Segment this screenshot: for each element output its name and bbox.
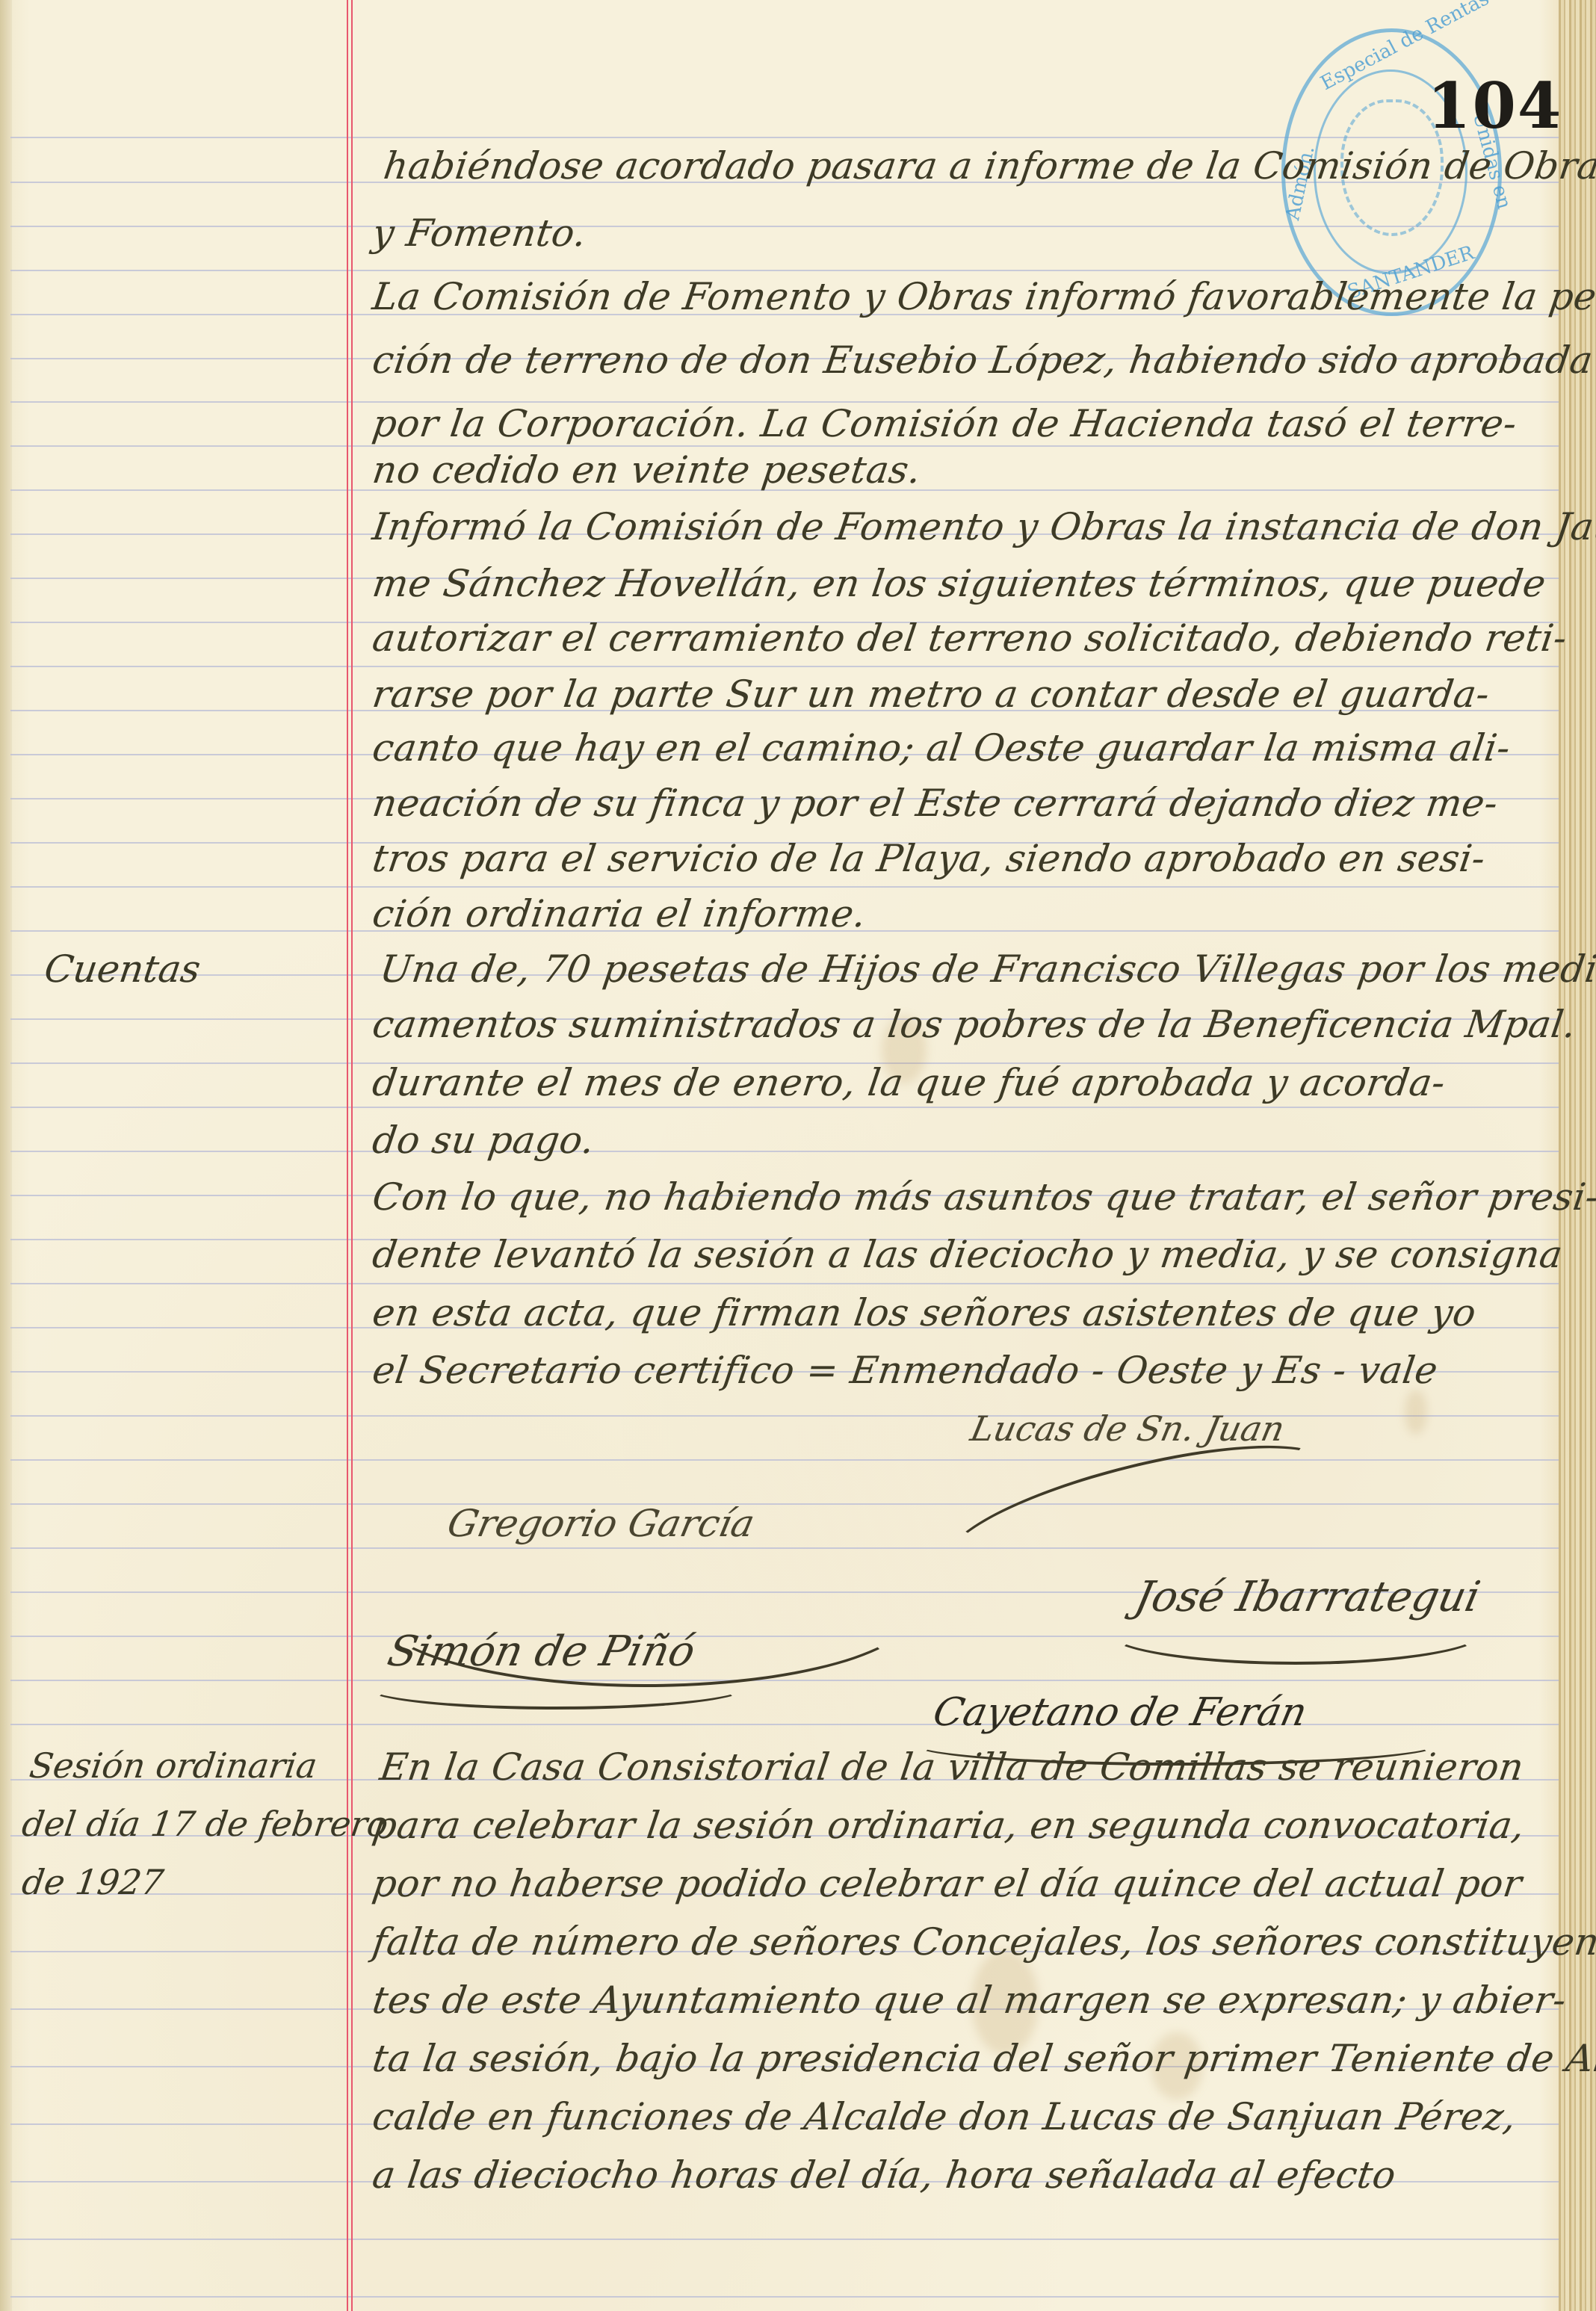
text-line: neación de su finca y por el Este cerrar… (370, 782, 1500, 825)
text-line: ta la sesión, bajo la presidencia del se… (370, 2037, 1596, 2080)
text-line: camentos suministrados a los pobres de l… (370, 1003, 1579, 1046)
folio-number: 104 (1427, 69, 1562, 143)
text-line: habiéndose acordado pasara a informe de … (381, 144, 1596, 188)
text-line: falta de número de señores Concejales, l… (370, 1920, 1596, 1964)
text-line: por la Corporación. La Comisión de Hacie… (370, 402, 1520, 445)
margin-session-year: de 1927 (19, 1862, 166, 1902)
margin-heading-cuentas: Cuentas (42, 947, 203, 991)
text-line: En la Casa Consistorial de la villa de C… (377, 1745, 1527, 1789)
signature-lucas-de-sn-juan: Lucas de Sn. Juan (967, 1408, 1288, 1449)
text-line: me Sánchez Hovellán, en los siguientes t… (370, 562, 1549, 605)
text-line: Una de, 70 pesetas de Hijos de Francisco… (377, 947, 1596, 991)
text-line: el Secretario certifico = Enmendado - Oe… (370, 1349, 1441, 1392)
ruled-line (10, 1680, 1559, 1681)
text-line: La Comisión de Fomento y Obras informó f… (370, 275, 1596, 318)
ruled-line (10, 1415, 1559, 1417)
ruled-line (10, 2296, 1559, 2298)
ruled-line (10, 1724, 1559, 1725)
text-line: Informó la Comisión de Fomento y Obras l… (370, 505, 1596, 548)
ruled-line (10, 1151, 1559, 1152)
margin-session-heading: Sesión ordinaria (27, 1745, 320, 1786)
ruled-line (10, 1107, 1559, 1108)
ruled-line (10, 666, 1559, 667)
signature-flourish (366, 1666, 746, 1710)
text-line: canto que hay en el camino; al Oeste gua… (370, 726, 1513, 770)
ruled-line (10, 445, 1559, 447)
age-stain (1405, 1390, 1427, 1435)
ruled-line (10, 2239, 1559, 2240)
text-line: no cedido en veinte pesetas. (370, 448, 924, 492)
text-line: por no haberse podido celebrar el día qu… (370, 1862, 1525, 1905)
text-line: rarse por la parte Sur un metro a contar… (370, 672, 1492, 716)
text-line: durante el mes de enero, la que fué apro… (370, 1061, 1448, 1104)
text-line: tes de este Ayuntamiento que al margen s… (370, 1979, 1569, 2022)
margin-session-date: del día 17 de febrero (19, 1804, 391, 1844)
text-line: do su pago. (370, 1119, 597, 1162)
text-line: calde en funciones de Alcalde don Lucas … (370, 2095, 1519, 2138)
text-line: a las dieciocho horas del día, hora seña… (370, 2153, 1399, 2197)
text-line: Con lo que, no habiendo más asuntos que … (370, 1175, 1596, 1219)
text-line: dente levantó la sesión a las dieciocho … (370, 1233, 1565, 1276)
ruled-line (10, 1283, 1559, 1284)
signature-flourish (1106, 1599, 1485, 1665)
ruled-line (10, 886, 1559, 888)
margin-rule-left (347, 0, 348, 2311)
text-line: ción ordinaria el informe. (370, 892, 869, 935)
text-line: ción de terreno de don Eusebio López, ha… (370, 338, 1596, 382)
binding-edge (0, 0, 12, 2311)
ruled-line (10, 1503, 1559, 1505)
text-line: tros para el servicio de la Playa, siend… (370, 837, 1488, 880)
ledger-page: Especial de Rentas Unidas en Admón. SANT… (0, 0, 1596, 2311)
text-line: autorizar el cerramiento del terreno sol… (370, 616, 1570, 660)
margin-rule-right (351, 0, 353, 2311)
text-line: para celebrar la sesión ordinaria, en se… (370, 1804, 1527, 1847)
text-line: y Fomento. (370, 211, 590, 255)
text-line: en esta acta, que firman los señores asi… (370, 1291, 1479, 1334)
